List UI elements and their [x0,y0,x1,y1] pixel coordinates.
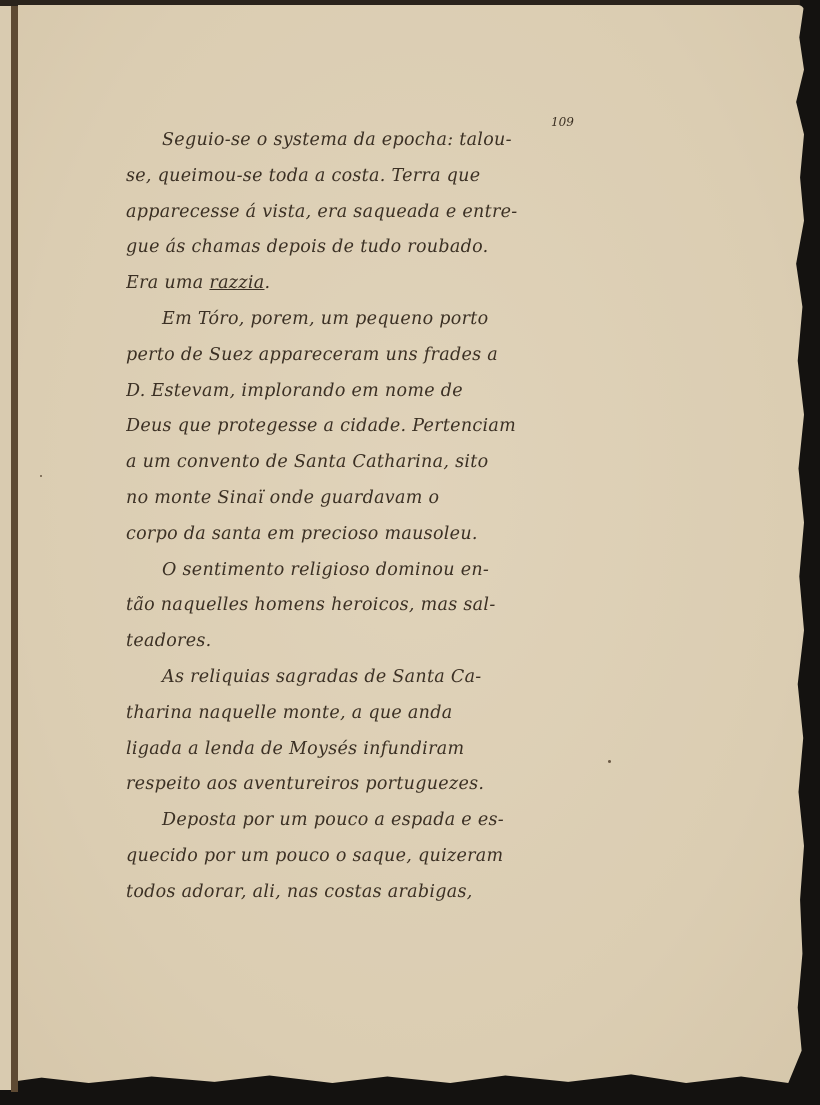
text-line: tão naquelles homens heroicos, mas sal- [126,588,596,624]
text-line: quecido por um pouco o saque, quizeram [126,839,596,875]
text-line: Seguio-se o systema da epocha: talou- [126,123,596,159]
text-line: apparecesse á vista, era saqueada e entr… [126,195,596,231]
text-line-with-underline: Era uma razzia. [126,266,596,302]
handwritten-text-body: Seguio-se o systema da epocha: talou- se… [126,123,596,911]
book-binding-gutter [11,0,18,1092]
text-line-prefix: Era uma [126,273,209,293]
text-line: gue ás chamas depois de tudo roubado. [126,230,596,266]
text-line: tharina naquelle monte, a que anda [126,696,596,732]
text-line: no monte Sinaï onde guardavam o [126,481,596,517]
text-line: se, queimou-se toda a costa. Terra que [126,159,596,195]
scan-stage: 109 Seguio-se o systema da epocha: talou… [0,0,820,1105]
text-line: respeito aos aventureiros portuguezes. [126,767,596,803]
margin-speck [608,760,611,763]
text-line: perto de Suez appareceram uns frades a [126,338,596,374]
text-line: Em Tóro, porem, um pequeno porto [126,302,596,338]
text-line: Deposta por um pouco a espada e es- [126,803,596,839]
text-line: corpo da santa em precioso mausoleu. [126,517,596,553]
text-line: ligada a lenda de Moysés infundiram [126,732,596,768]
text-line-suffix: . [264,273,270,293]
text-line: teadores. [126,624,596,660]
text-line: O sentimento religioso dominou en- [126,553,596,589]
text-line: a um convento de Santa Catharina, sito [126,445,596,481]
text-line: todos adorar, ali, nas costas arabigas, [126,875,596,911]
text-line: D. Estevam, implorando em nome de [126,374,596,410]
margin-speck [40,475,42,477]
text-line: As reliquias sagradas de Santa Ca- [126,660,596,696]
manuscript-page: 109 Seguio-se o systema da epocha: talou… [18,5,804,1083]
underlined-word: razzia [209,273,264,293]
text-line: Deus que protegesse a cidade. Pertenciam [126,409,596,445]
